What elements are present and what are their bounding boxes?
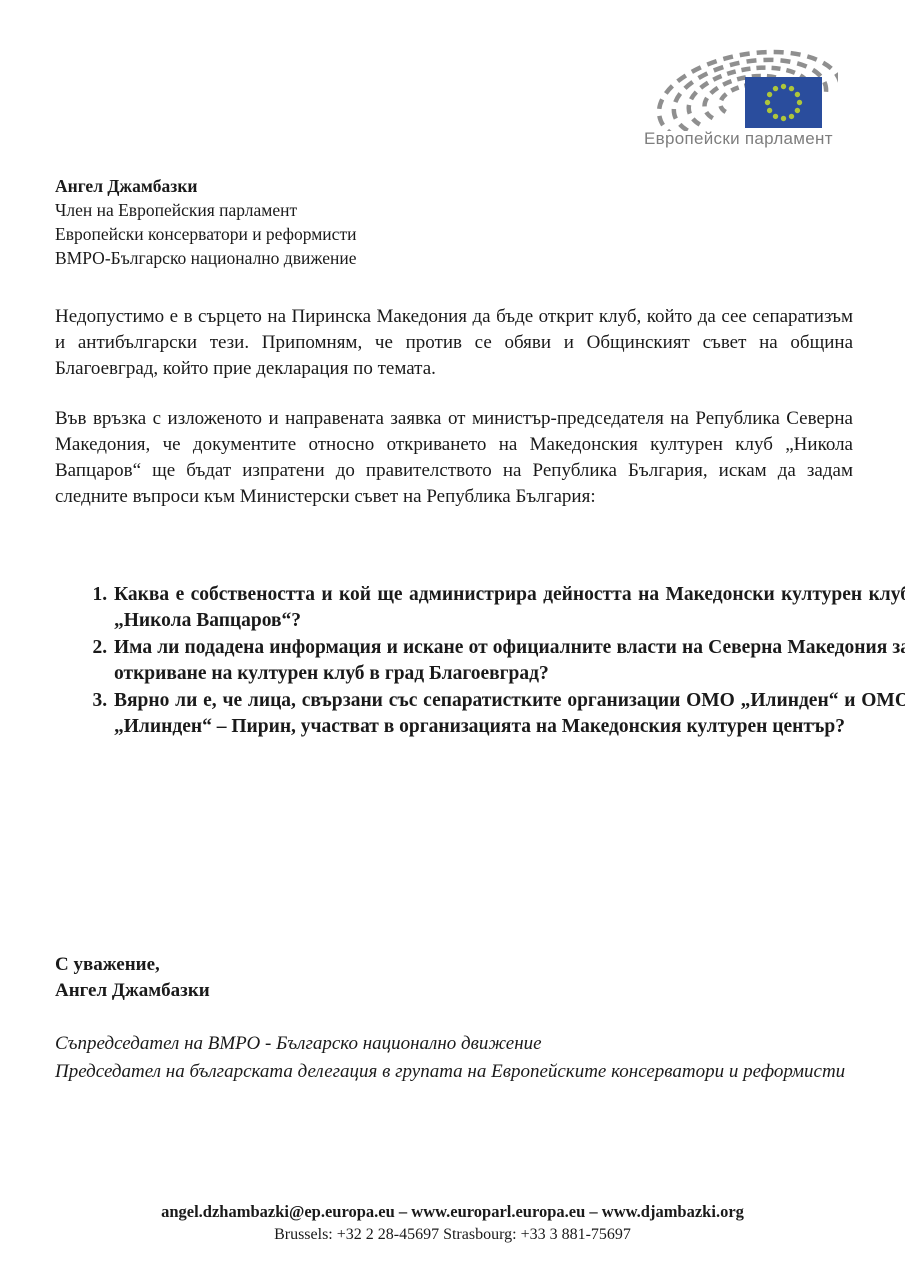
body-paragraph-1: Недопустимо е в сърцето на Пиринска Маке… (55, 304, 853, 382)
sender-name: Ангел Джамбазки (55, 174, 853, 198)
signature-titles: Съпредседател на ВМРО - Българско национ… (55, 1030, 853, 1086)
closing-block: С уважение, Ангел Джамбазки (55, 952, 853, 1004)
sender-block: Ангел Джамбазки Член на Европейския парл… (55, 174, 853, 270)
title-co-chairman: Съпредседател на ВМРО - Българско национ… (55, 1030, 853, 1058)
body-paragraph-2: Във връзка с изложеното и направената за… (55, 406, 853, 510)
title-delegation-chairman: Председател на българската делегация в г… (55, 1058, 853, 1086)
sender-role-mep: Член на Европейския парламент (55, 198, 853, 222)
sender-group-ecr: Европейски консерватори и реформисти (55, 222, 853, 246)
closing-salutation: С уважение, (55, 952, 853, 978)
page-footer: angel.dzhambazki@ep.europa.eu – www.euro… (0, 1200, 905, 1246)
question-item-3: Вярно ли е, че лица, свързани със сепара… (112, 688, 905, 739)
question-item-1: Каква е собствеността и кой ще администр… (112, 582, 905, 633)
closing-signature: Ангел Джамбазки (55, 978, 853, 1004)
question-item-2: Има ли подадена информация и искане от о… (112, 635, 905, 686)
footer-contact-links: angel.dzhambazki@ep.europa.eu – www.euro… (0, 1200, 905, 1223)
ep-logo: Европейски парламент (638, 36, 838, 156)
hemicycle-icon (638, 36, 838, 131)
letter-page: Европейски парламент Ангел Джамбазки Чле… (0, 0, 905, 1280)
eu-flag-icon (745, 77, 822, 128)
ep-logo-wordmark: Европейски парламент (644, 129, 833, 149)
footer-phone-numbers: Brussels: +32 2 28-45697 Strasbourg: +33… (0, 1223, 905, 1246)
question-list: Каква е собствеността и кой ще администр… (55, 582, 905, 741)
sender-party-vmro: ВМРО-Българско национално движение (55, 246, 853, 270)
